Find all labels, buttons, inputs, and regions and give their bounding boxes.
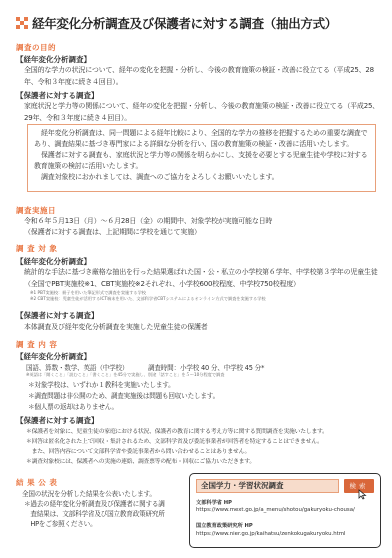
content-bullet: ＊調査問題は非公開のため、調査実施後は問題も回収いたします。	[28, 391, 219, 401]
content-bullet: ＊対象学校は、いずれか１教科を実施いたします。	[28, 380, 175, 390]
cross-squares-icon	[16, 17, 28, 29]
purpose-hogosha-label: 【保護者に対する調査】	[16, 90, 99, 101]
cursor-pointer-icon	[358, 489, 367, 500]
content-note: ※英語は「聞くこと」「読むこと」「書くこと」を45分で実施し、別途「話すこと」を…	[26, 372, 224, 378]
search-panel: 全国学力・学習状況調査 検索 文部科学省 HP https://www.mext…	[189, 473, 381, 548]
callout-paragraph-1: 経年変化分析調査は、同一問題による経年比較により、全国的な学力の推移を把握するた…	[34, 128, 369, 150]
section-heading-results: 結 果 公 表	[16, 477, 57, 488]
results-line: 全国の状況を分析した結果を公表いたします。	[22, 489, 156, 500]
results-line: ＊過去の経年変化分析調査及び保護者に関する調	[24, 499, 165, 510]
section-heading-target: 調 査 対 象	[16, 243, 57, 254]
nier-link-label: 国立教育政策研究所 HP	[196, 522, 253, 529]
content-hogosha-bullet: ＊回答は匿名化された上で回収・集計されるため、文部科学省及び委託事業者が回答者を…	[26, 437, 323, 447]
target-hogosha-text: 本体調査及び経年変化分析調査を実施した児童生徒の保護者	[24, 322, 380, 334]
page-title: 経年変化分析調査及び保護者に対する調査（抽出方式）	[16, 14, 337, 32]
purpose-hogosha-text: 家庭状況と学力等の関係について、経年の変化を把握・分析し、今後の教育施策の検証・…	[24, 101, 380, 124]
mext-link-url[interactable]: https://www.mext.go.jp/a_menu/shotou/gak…	[196, 507, 355, 513]
target-keinen-text: 統計的な手法に基づき厳格な抽出を行った結果選ばれた国・公・私立の小学校第６学年、…	[24, 267, 380, 290]
section-heading-date: 調査実施日	[16, 205, 56, 216]
callout-box: 経年変化分析調査は、同一問題による経年比較により、全国的な学力の推移を把握するた…	[27, 124, 376, 192]
results-line: 査結果は、文部科学省及び国立教育政策研究所	[24, 509, 165, 520]
content-hogosha-bullet: ＊保護者を対象に、児童生徒の家庭における状況、保護者の教育に関する考え方等に関す…	[26, 427, 328, 437]
section-heading-content: 調 査 内 容	[16, 339, 57, 350]
search-input[interactable]: 全国学力・学習状況調査	[196, 479, 339, 493]
content-hogosha-bullet: ＊調査対象校には、保護者への実施の連絡、調査票等の配布・回収にご協力いただきます…	[26, 457, 255, 467]
target-hogosha-label: 【保護者に対する調査】	[16, 310, 99, 321]
callout-paragraph-3: 調査対象校におかれましては、調査へのご協力をよろしくお願いいたします。	[34, 172, 369, 183]
document-page: 経年変化分析調査及び保護者に対する調査（抽出方式） 調査の目的 【経年変化分析調…	[0, 0, 392, 558]
date-line-2: （保護者に対する調査は、上記期間に学校を通じて実施）	[24, 227, 380, 239]
purpose-keinen-label: 【経年変化分析調査】	[16, 54, 91, 65]
callout-paragraph-2: 保護者に対する調査も、家庭状況と学力等の関係を明らかにし、支援を必要とする児童生…	[34, 150, 369, 172]
date-line-1: 令和６年５月13日（月）～６月28日（金）の期間中、対象学校が実施可能な日時	[24, 216, 380, 228]
content-hogosha-bullet: また、回答内容について文部科学省や委託事業者から問い合わせることはありません。	[26, 447, 250, 457]
section-heading-purpose: 調査の目的	[16, 42, 56, 53]
title-text: 経年変化分析調査及び保護者に対する調査（抽出方式）	[32, 14, 337, 32]
content-bullet: ＊個人票の返却はありません。	[28, 402, 118, 412]
results-line: HPをご参照ください。	[24, 519, 96, 530]
content-hogosha-label: 【保護者に対する調査】	[16, 415, 99, 426]
mext-link-label: 文部科学省 HP	[196, 499, 232, 506]
target-keinen-label: 【経年変化分析調査】	[16, 256, 91, 267]
purpose-keinen-text: 全国的な学力の状況について、経年の変化を把握・分析し、今後の教育施策の検証・改善…	[24, 65, 380, 88]
target-note-2: ※2 CBT実施校：児童生徒が活用するICT端末を用いた、文部科学省CBTシステ…	[30, 296, 266, 302]
nier-link-url[interactable]: https://www.nier.go.jp/kaihatsu/zenkokug…	[196, 531, 346, 537]
content-keinen-label: 【経年変化分析調査】	[16, 351, 91, 362]
